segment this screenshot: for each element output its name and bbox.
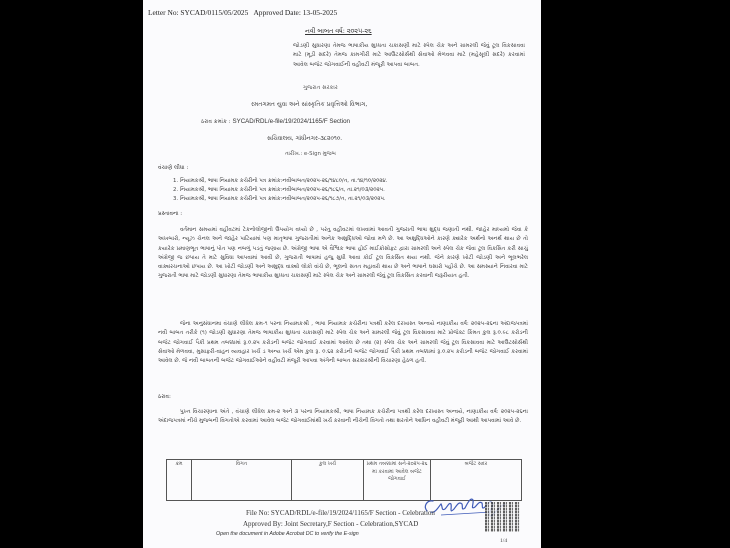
col-total-cost: કુલ ખર્ચ bbox=[292, 460, 364, 501]
government-name: ગુજરાત સરકાર bbox=[303, 85, 338, 92]
resolution-code: SYCAD/RDL/e-file/19/2024/1165/F Section bbox=[232, 118, 350, 125]
date-line: તારીખ.: e-Sign મુજબ bbox=[285, 151, 336, 158]
footer-esign-note: Open the document in Adobe Acrobat DC to… bbox=[216, 531, 359, 537]
footer-approved-by: Approved By: Joint Secretary,F Section -… bbox=[243, 520, 418, 528]
reference-item: 3. નિયામકશ્રી, ભાષા નિયામક કચેરીનો પત્ર … bbox=[173, 195, 387, 204]
resolution-heading: ઠરાવ: bbox=[158, 394, 171, 401]
reference-item: 2. નિયામકશ્રી, ભાષા નિયામક કચેરીનો પત્ર … bbox=[173, 186, 387, 195]
footer-file-number: File No: SYCAD/RDL/e-file/19/2024/1165/F… bbox=[246, 509, 435, 517]
col-serial: ક્રમ bbox=[167, 460, 192, 501]
col-details: વિગત bbox=[192, 460, 292, 501]
page-number: 1/4 bbox=[500, 538, 507, 544]
references-list: 1. નિયામકશ્રી, ભાષા નિયામક કચેરીનો પત્ર … bbox=[173, 177, 387, 204]
resolution-label: ઠરાવ ક્રમાંક : bbox=[201, 119, 231, 125]
document-page: Letter No: SYCAD/0115/05/2025 Approved D… bbox=[143, 0, 541, 548]
reference-item: 1. નિયામકશ્રી, ભાષા નિયામક કચેરીનો પત્ર … bbox=[173, 177, 387, 186]
subject-body: જોડણી સુધારણા તેમજ ભાષાકીય શુધ્ધતા ચકાસણ… bbox=[293, 42, 525, 70]
resolution-paragraph: પુખ્ત વિચારણાના અંતે , વંચાણે લીધેલ ક્રમ… bbox=[158, 408, 528, 427]
preamble-paragraph-2: જેના અનુસંધાનમા વંચાણે લીધેલ ક્રમ-૧ પરના… bbox=[158, 320, 528, 366]
approved-date: Approved Date: 13-05-2025 bbox=[253, 8, 337, 17]
resolution-number: ઠરાવ ક્રમાંક : SYCAD/RDL/e-file/19/2024/… bbox=[201, 118, 350, 126]
preamble-heading: પ્રસ્તાવના : bbox=[158, 211, 182, 218]
subject-title: નવી બાબત વર્ષ: ૨૦૨૫-૨૬ bbox=[305, 28, 372, 36]
address: સચિવાલય, ગાંધીનગર-૩૮૨૦૧૦. bbox=[267, 136, 342, 143]
letter-header: Letter No: SYCAD/0115/05/2025 Approved D… bbox=[148, 8, 337, 17]
department-name: રમતગમત યુવા અને સાંસ્કૃતિક પ્રવૃત્તિઓ વિ… bbox=[251, 101, 367, 109]
letter-number: Letter No: SYCAD/0115/05/2025 bbox=[148, 8, 248, 17]
preamble-paragraph-1: વર્તમાન સમયમાં વહીવટમાં ટેકનોલોજીનો ઉપયો… bbox=[158, 226, 528, 282]
qr-code bbox=[485, 502, 520, 532]
references-heading: વંચાણે લીધા : bbox=[158, 165, 188, 172]
